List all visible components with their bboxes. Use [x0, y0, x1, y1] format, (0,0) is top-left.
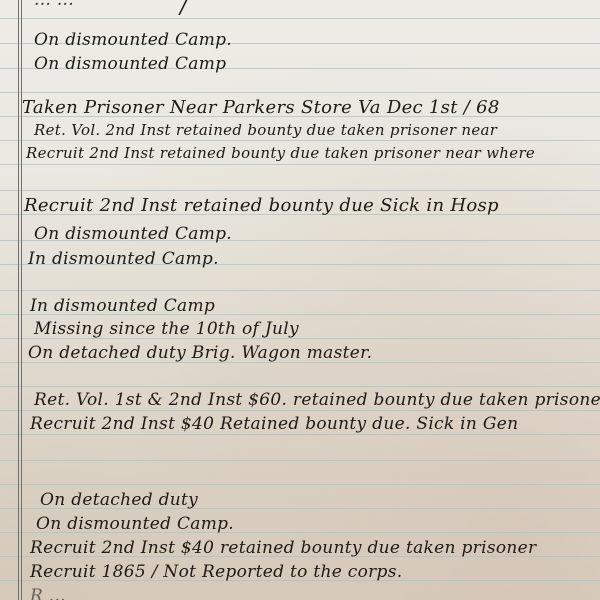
ruled-line	[0, 164, 600, 165]
ink-stroke: /	[180, 0, 188, 19]
margin-line	[21, 0, 22, 600]
ledger-entry: On dismounted Camp.	[36, 514, 234, 534]
ledger-entry: On dismounted Camp	[34, 54, 226, 74]
ledger-entry: Recruit 2nd Inst retained bounty due tak…	[26, 144, 535, 162]
ledger-entry: Recruit 2nd Inst $40 Retained bounty due…	[30, 414, 518, 434]
ledger-entry: Ret. Vol. 1st & 2nd Inst $60. retained b…	[34, 390, 600, 410]
ruled-line	[0, 140, 600, 141]
ledger-entry: Recruit 2nd Inst retained bounty due Sic…	[24, 195, 499, 216]
ledger-entry: Recruit 2nd Inst $40 retained bounty due…	[30, 538, 536, 558]
ruled-line	[0, 190, 600, 191]
ruled-line	[0, 92, 600, 93]
ledger-entry: Missing since the 10th of July	[34, 319, 299, 339]
ledger-entry: In dismounted Camp.	[28, 249, 219, 269]
ledger-entry: Taken Prisoner Near Parkers Store Va Dec…	[22, 97, 500, 118]
ruled-line	[0, 434, 600, 435]
ruled-line	[0, 410, 600, 411]
ledger-entry: On dismounted Camp.	[34, 224, 232, 244]
ruled-line	[0, 290, 600, 291]
ledger-entry: In dismounted Camp	[30, 296, 215, 316]
ruled-line	[0, 18, 600, 19]
ledger-entry: On detached duty Brig. Wagon master.	[28, 343, 372, 363]
ledger-page: ... ... / On dismounted Camp. On dismoun…	[0, 0, 600, 600]
ledger-entry: Ret. Vol. 2nd Inst retained bounty due t…	[34, 121, 497, 139]
margin-line	[18, 0, 19, 600]
ledger-entry: On detached duty	[40, 490, 198, 510]
ledger-entry: Recruit 1865 / Not Reported to the corps…	[30, 562, 402, 582]
ledger-entry: On dismounted Camp.	[34, 30, 232, 50]
ruled-line	[0, 386, 600, 387]
partial-bottom-text: R ...	[30, 586, 66, 600]
ruled-line	[0, 460, 600, 461]
partial-top-text: ... ...	[34, 0, 74, 10]
ruled-line	[0, 484, 600, 485]
